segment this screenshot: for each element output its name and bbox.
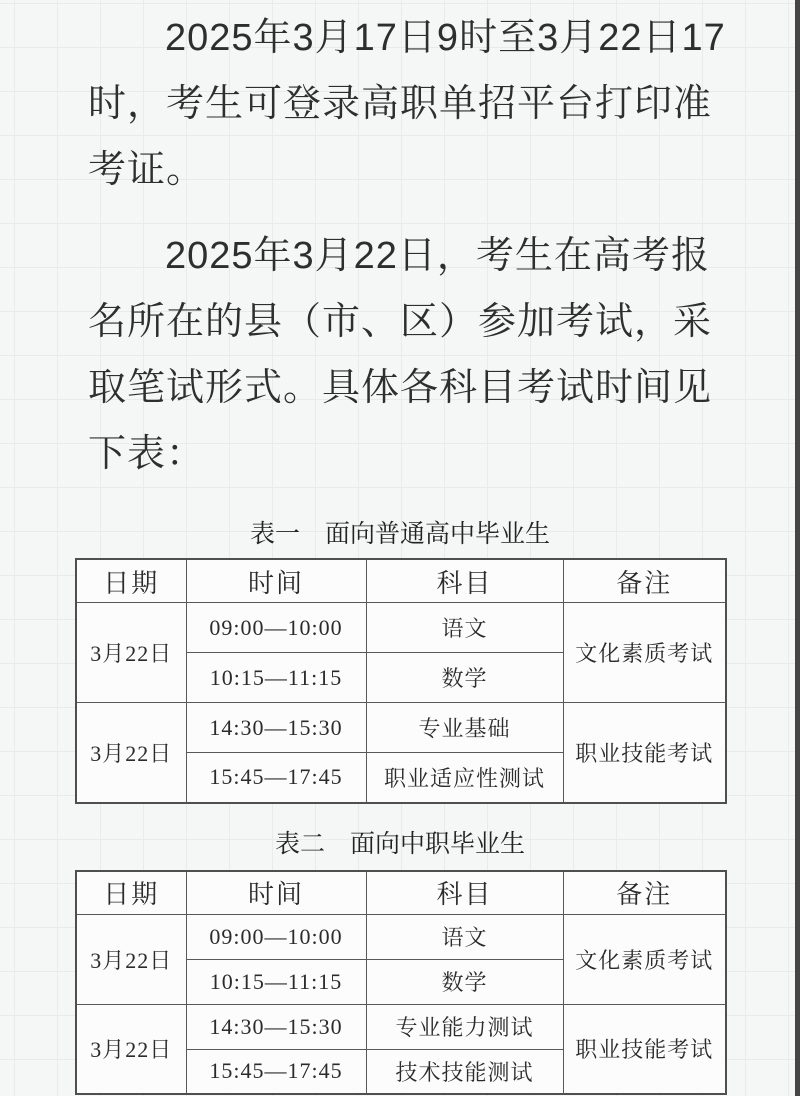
time-cell: 09:00—10:00 <box>186 914 366 959</box>
time-cell: 15:45—17:45 <box>186 753 366 803</box>
header-cell-date: 日期 <box>76 871 186 915</box>
document-content: 2025年3月17日9时至3月22日17 时，考生可登录高职单招平台打印准 考证… <box>0 0 795 1095</box>
header-cell-time: 时间 <box>186 559 366 603</box>
date-cell: 3月22日 <box>76 914 186 1004</box>
remark-cell: 职业技能考试 <box>563 1004 726 1094</box>
paragraph-line: 取笔试形式。具体各科目考试时间见 <box>88 355 745 421</box>
time-cell: 15:45—17:45 <box>186 1049 366 1094</box>
time-cell: 09:00—10:00 <box>186 603 366 653</box>
table-2-title: 表二 面向中职毕业生 <box>75 830 725 860</box>
table-row: 日期 时间 科目 备注 <box>76 559 726 603</box>
remark-cell: 文化素质考试 <box>563 603 726 703</box>
header-cell-date: 日期 <box>76 559 186 603</box>
date-cell: 3月22日 <box>76 703 186 803</box>
header-cell-remark: 备注 <box>563 871 726 915</box>
remark-cell: 文化素质考试 <box>563 914 726 1004</box>
header-cell-remark: 备注 <box>563 559 726 603</box>
table-row: 3月22日 09:00—10:00 语文 文化素质考试 <box>76 914 726 959</box>
header-cell-subject: 科目 <box>366 559 563 603</box>
document-page: 2025年3月17日9时至3月22日17 时，考生可登录高职单招平台打印准 考证… <box>0 0 800 1096</box>
subject-cell: 数学 <box>366 959 563 1004</box>
paragraph-line: 名所在的县（市、区）参加考试，采 <box>88 289 745 355</box>
paragraph-line: 考证。 <box>88 137 745 203</box>
date-cell: 3月22日 <box>76 1004 186 1094</box>
time-cell: 14:30—15:30 <box>186 703 366 753</box>
table-row: 3月22日 14:30—15:30 专业能力测试 职业技能考试 <box>76 1004 726 1049</box>
table-row: 3月22日 09:00—10:00 语文 文化素质考试 <box>76 603 726 653</box>
table-row: 3月22日 14:30—15:30 专业基础 职业技能考试 <box>76 703 726 753</box>
right-edge-bar <box>795 0 800 1096</box>
time-cell: 10:15—11:15 <box>186 959 366 1004</box>
subject-cell: 数学 <box>366 653 563 703</box>
subject-cell: 职业适应性测试 <box>366 753 563 803</box>
subject-cell: 专业能力测试 <box>366 1004 563 1049</box>
time-cell: 10:15—11:15 <box>186 653 366 703</box>
date-cell: 3月22日 <box>76 603 186 703</box>
time-cell: 14:30—15:30 <box>186 1004 366 1049</box>
subject-cell: 技术技能测试 <box>366 1049 563 1094</box>
subject-cell: 语文 <box>366 914 563 959</box>
paragraph-2: 2025年3月22日，考生在高考报 名所在的县（市、区）参加考试，采 取笔试形式… <box>88 223 745 487</box>
subject-cell: 专业基础 <box>366 703 563 753</box>
paragraph-line: 2025年3月17日9时至3月22日17 <box>88 5 745 71</box>
header-cell-time: 时间 <box>186 871 366 915</box>
table-1-title: 表一 面向普通高中毕业生 <box>75 520 725 550</box>
table-row: 日期 时间 科目 备注 <box>76 871 726 915</box>
paragraph-line: 下表： <box>88 421 745 487</box>
exam-table-2: 日期 时间 科目 备注 3月22日 09:00—10:00 语文 文化素质考试 … <box>75 870 727 1096</box>
paragraph-line: 时，考生可登录高职单招平台打印准 <box>88 71 745 137</box>
header-cell-subject: 科目 <box>366 871 563 915</box>
paragraph-1: 2025年3月17日9时至3月22日17 时，考生可登录高职单招平台打印准 考证… <box>88 5 745 203</box>
exam-table-1: 日期 时间 科目 备注 3月22日 09:00—10:00 语文 文化素质考试 … <box>75 558 727 804</box>
paragraph-line: 2025年3月22日，考生在高考报 <box>88 223 745 289</box>
remark-cell: 职业技能考试 <box>563 703 726 803</box>
subject-cell: 语文 <box>366 603 563 653</box>
